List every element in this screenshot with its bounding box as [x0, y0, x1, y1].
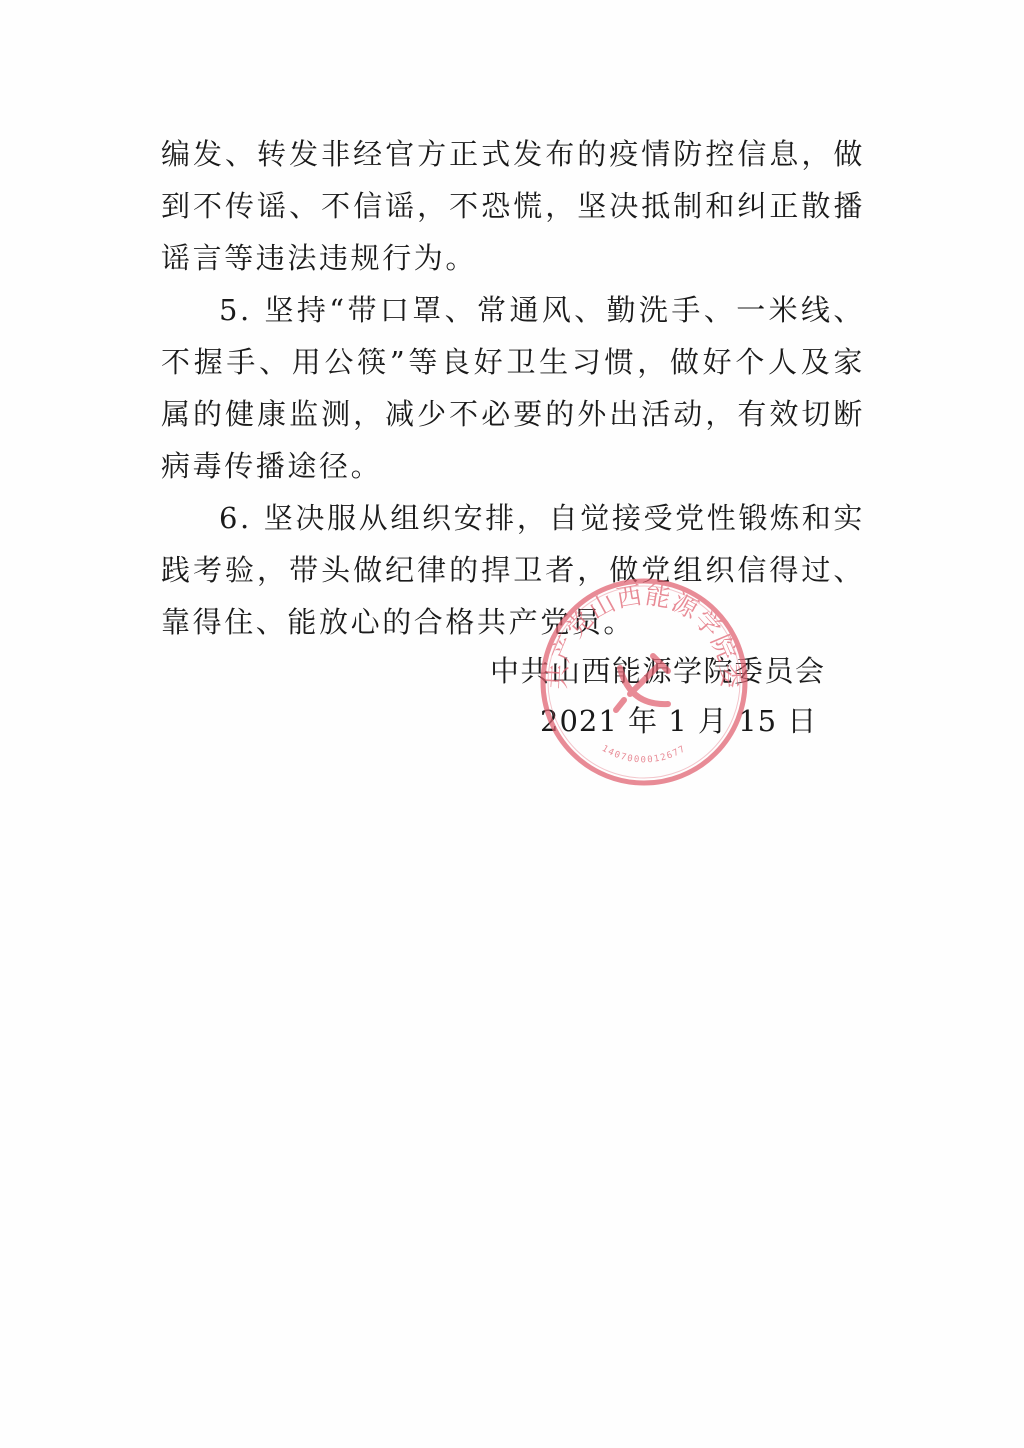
paragraph-item-6: 6. 坚决服从组织安排，自觉接受党性锻炼和实践考验，带头做纪律的捍卫者，做党组织… — [161, 492, 865, 648]
signature-organization: 中共山西能源学院委员会 — [490, 645, 826, 697]
signature-date: 2021 年 1 月 15 日 — [540, 695, 817, 747]
paragraph-item-5: 5. 坚持“带口罩、常通风、勤洗手、一米线、不握手、用公筷”等良好卫生习惯，做好… — [161, 284, 865, 492]
paragraph-continued: 编发、转发非经官方正式发布的疫情防控信息，做到不传谣、不信谣，不恐慌，坚决抵制和… — [161, 128, 865, 284]
seal-serial-number: 1407000012677 — [600, 744, 688, 766]
document-page: 编发、转发非经官方正式发布的疫情防控信息，做到不传谣、不信谣，不恐慌，坚决抵制和… — [0, 0, 1024, 1448]
document-body: 编发、转发非经官方正式发布的疫情防控信息，做到不传谣、不信谣，不恐慌，坚决抵制和… — [161, 128, 865, 648]
